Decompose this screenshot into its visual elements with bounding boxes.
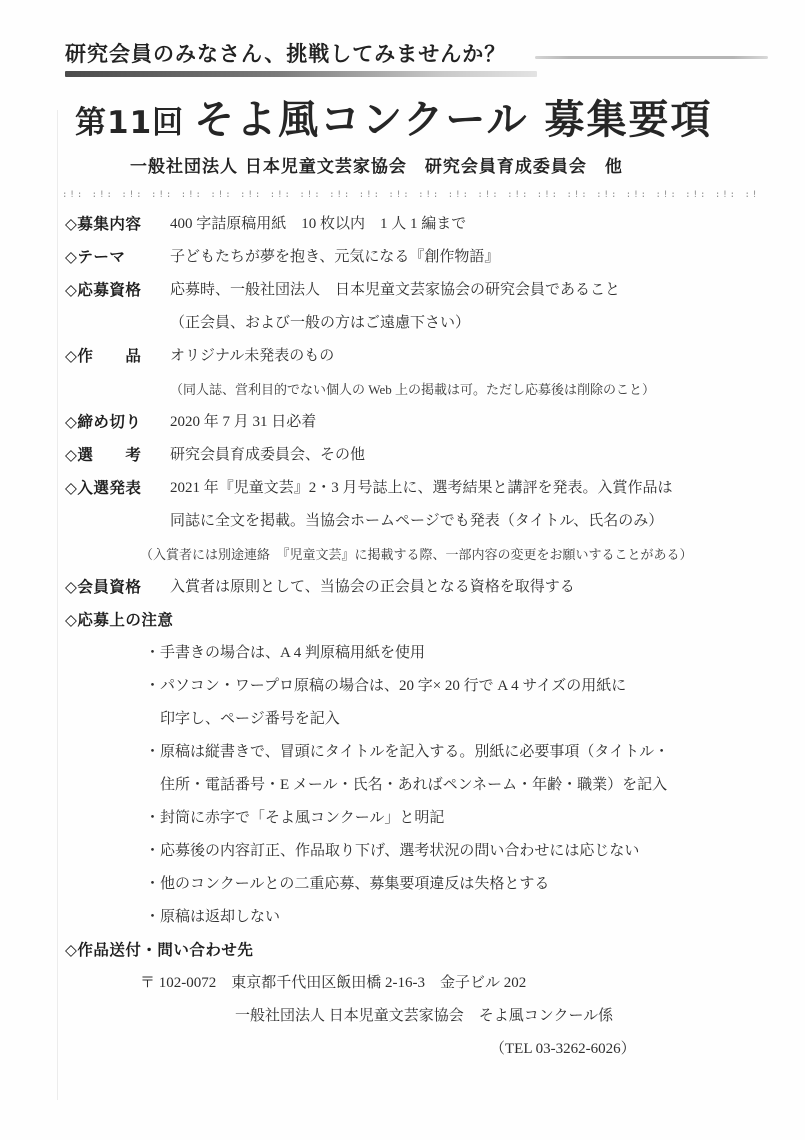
header-banner-text: 研究会員のみなさん、挑戦してみませんか？ — [65, 38, 537, 68]
bullet-text: ・パソコン・ワープロ原稿の場合は、20 字× 20 行で A 4 サイズの用紙に — [65, 670, 785, 703]
section-text: 応募時、一般社団法人 日本児童文芸家協会の研究会員であること — [65, 274, 785, 307]
ornament-divider: :!: :!: :!: :!: :!: :!: :!: :!: :!: :!: … — [62, 187, 756, 203]
section-text: （正会員、および一般の方はご遠慮下さい） — [65, 307, 785, 340]
section-label: ◇会員資格 — [65, 571, 141, 604]
row-results-continued: 同誌に全文を掲載。当協会ホームページでも発表（タイトル、氏名のみ） — [65, 505, 785, 538]
section-label: ◇締め切り — [65, 406, 141, 439]
telephone-text: （TEL 03-3262-6026） — [65, 1033, 785, 1066]
bullet-text: 印字し、ページ番号を記入 — [65, 703, 785, 736]
section-heading: ◇応募上の注意 — [65, 604, 173, 637]
section-text: 400 字詰原稿用紙 10 枚以内 1 人 1 編まで — [65, 208, 785, 241]
bullet-text: ・他のコンクールとの二重応募、募集要項違反は失格とする — [65, 868, 785, 901]
section-label: ◇応募資格 — [65, 274, 141, 307]
row-telephone: （TEL 03-3262-6026） — [65, 1033, 785, 1066]
bullet-vertical-writing-continued: 住所・電話番号・E メール・氏名・あればペンネーム・年齢・職業）を記入 — [65, 769, 785, 802]
row-work: ◇作 品 オリジナル未発表のもの — [65, 340, 785, 373]
section-text: 子どもたちが夢を抱き、元気になる『創作物語』 — [65, 241, 785, 274]
row-eligibility: ◇応募資格 応募時、一般社団法人 日本児童文芸家協会の研究会員であること — [65, 274, 785, 307]
row-deadline: ◇締め切り 2020 年 7 月 31 日必着 — [65, 406, 785, 439]
title-contest-name: そよ風コンクール 募集要項 — [194, 88, 712, 145]
row-theme: ◇テーマ 子どもたちが夢を抱き、元気になる『創作物語』 — [65, 241, 785, 274]
row-results-note: （入賞者には別途連絡 『児童文芸』に掲載する際、一部内容の変更をお願いすることが… — [65, 538, 785, 571]
section-heading: ◇作品送付・問い合わせ先 — [65, 934, 253, 967]
address-text: 〒 102-0072 東京都千代田区飯田橋 2-16-3 金子ビル 202 — [65, 967, 785, 1000]
row-notes-heading: ◇応募上の注意 — [65, 604, 785, 637]
row-postal-address: 〒 102-0072 東京都千代田区飯田橋 2-16-3 金子ビル 202 — [65, 967, 785, 1000]
page-title: 第11回 そよ風コンクール 募集要項 — [75, 88, 712, 145]
row-work-note: （同人誌、営利目的でない個人の Web 上の掲載は可。ただし応募後は削除のこと） — [65, 373, 785, 406]
bullet-text: 住所・電話番号・E メール・氏名・あればペンネーム・年齢・職業）を記入 — [65, 769, 785, 802]
section-text: 2020 年 7 月 31 日必着 — [65, 406, 785, 439]
bullet-envelope: ・封筒に赤字で「そよ風コンクール」と明記 — [65, 802, 785, 835]
section-note-text: （入賞者には別途連絡 『児童文芸』に掲載する際、一部内容の変更をお願いすることが… — [65, 538, 785, 571]
row-contact-heading: ◇作品送付・問い合わせ先 — [65, 934, 785, 967]
address-text: 一般社団法人 日本児童文芸家協会 そよ風コンクール係 — [65, 1000, 785, 1033]
row-results-announcement: ◇入選発表 2021 年『児童文芸』2・3 月号誌上に、選考結果と講評を発表。入… — [65, 472, 785, 505]
row-judging: ◇選 考 研究会員育成委員会、その他 — [65, 439, 785, 472]
bullet-text: ・封筒に赤字で「そよ風コンクール」と明記 — [65, 802, 785, 835]
left-scan-artifact — [57, 110, 58, 1100]
scanned-flyer-page: 研究会員のみなさん、挑戦してみませんか？ 第11回 そよ風コンクール 募集要項 … — [0, 0, 805, 1140]
bullet-handwritten: ・手書きの場合は、A 4 判原稿用紙を使用 — [65, 637, 785, 670]
title-edition-number: 第11回 — [75, 97, 184, 142]
scan-line — [535, 56, 768, 59]
bullet-word-processor-continued: 印字し、ページ番号を記入 — [65, 703, 785, 736]
header-banner: 研究会員のみなさん、挑戦してみませんか？ — [65, 38, 537, 77]
header-underline — [65, 71, 537, 77]
row-eligibility-note: （正会員、および一般の方はご遠慮下さい） — [65, 307, 785, 340]
bullet-text: ・原稿は縦書きで、冒頭にタイトルを記入する。別紙に必要事項（タイトル・ — [65, 736, 785, 769]
bullet-word-processor: ・パソコン・ワープロ原稿の場合は、20 字× 20 行で A 4 サイズの用紙に — [65, 670, 785, 703]
bullet-vertical-writing: ・原稿は縦書きで、冒頭にタイトルを記入する。別紙に必要事項（タイトル・ — [65, 736, 785, 769]
bullet-text: ・手書きの場合は、A 4 判原稿用紙を使用 — [65, 637, 785, 670]
row-application-content: ◇募集内容 400 字詰原稿用紙 10 枚以内 1 人 1 編まで — [65, 208, 785, 241]
section-note-text: （同人誌、営利目的でない個人の Web 上の掲載は可。ただし応募後は削除のこと） — [65, 373, 785, 406]
section-text: 同誌に全文を掲載。当協会ホームページでも発表（タイトル、氏名のみ） — [65, 505, 785, 538]
section-label: ◇テーマ — [65, 241, 125, 274]
bullet-text: ・原稿は返却しない — [65, 901, 785, 934]
bullet-no-corrections: ・応募後の内容訂正、作品取り下げ、選考状況の問い合わせには応じない — [65, 835, 785, 868]
section-label: ◇募集内容 — [65, 208, 141, 241]
section-text: 研究会員育成委員会、その他 — [65, 439, 785, 472]
row-membership: ◇会員資格 入賞者は原則として、当協会の正会員となる資格を取得する — [65, 571, 785, 604]
bullet-text: ・応募後の内容訂正、作品取り下げ、選考状況の問い合わせには応じない — [65, 835, 785, 868]
row-organization-address: 一般社団法人 日本児童文芸家協会 そよ風コンクール係 — [65, 1000, 785, 1033]
section-text: オリジナル未発表のもの — [65, 340, 785, 373]
bullet-double-submission: ・他のコンクールとの二重応募、募集要項違反は失格とする — [65, 868, 785, 901]
section-label: ◇作 品 — [65, 340, 141, 373]
organizer-subtitle: 一般社団法人 日本児童文芸家協会 研究会員育成委員会 他 — [130, 152, 623, 177]
section-label: ◇入選発表 — [65, 472, 141, 505]
section-text: 入賞者は原則として、当協会の正会員となる資格を取得する — [65, 571, 785, 604]
bullet-no-return: ・原稿は返却しない — [65, 901, 785, 934]
document-body: ◇募集内容 400 字詰原稿用紙 10 枚以内 1 人 1 編まで ◇テーマ 子… — [65, 208, 785, 1066]
section-text: 2021 年『児童文芸』2・3 月号誌上に、選考結果と講評を発表。入賞作品は — [65, 472, 785, 505]
section-label: ◇選 考 — [65, 439, 141, 472]
